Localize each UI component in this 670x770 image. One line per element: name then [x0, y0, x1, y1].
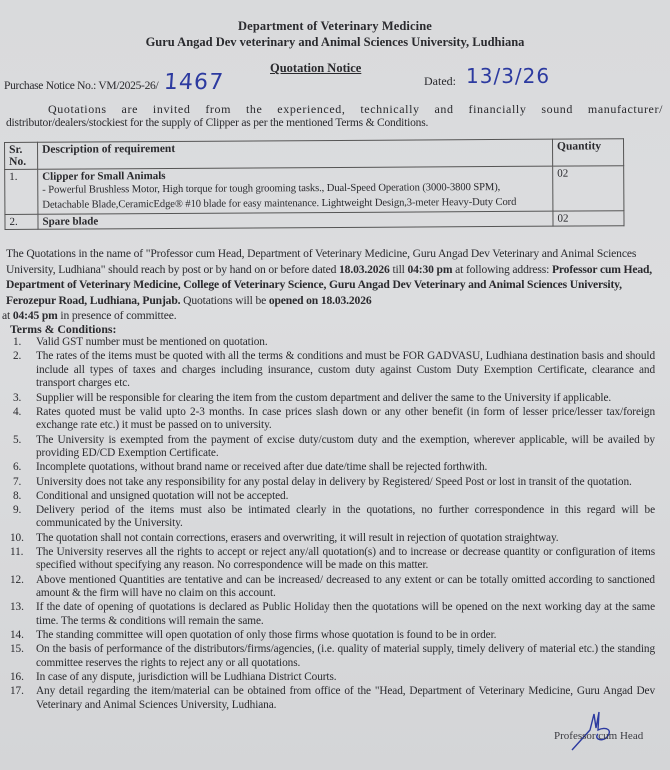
terms-heading: Terms & Conditions: — [10, 322, 116, 337]
term-number: 2. — [13, 350, 21, 364]
term-item: 13.If the date of opening of quotations … — [0, 601, 655, 628]
handwritten-notice-number: 1467 — [163, 70, 225, 95]
item-details: - Powerful Brushless Motor, High torque … — [42, 180, 548, 213]
deadline-time: 04:30 pm — [408, 263, 453, 276]
term-number: 13. — [10, 601, 24, 615]
signatory-title: Professor cum Head — [554, 730, 643, 742]
handwritten-date: 13/3/26 — [466, 64, 550, 88]
term-number: 16. — [10, 671, 24, 685]
term-number: 15. — [10, 643, 24, 657]
term-item: 5.The University is exempted from the pa… — [0, 434, 655, 461]
quotation-notice-document: Department of Veterinary Medicine Guru A… — [0, 0, 670, 770]
term-item: 12.Above mentioned Quantities are tentat… — [0, 574, 655, 601]
term-number: 12. — [10, 574, 24, 588]
term-text: If the date of opening of quotations is … — [36, 601, 655, 627]
term-item: 3.Supplier will be responsible for clear… — [0, 392, 655, 406]
term-text: Any detail regarding the item/material c… — [36, 685, 655, 711]
term-item: 9.Delivery period of the items must also… — [0, 504, 655, 531]
term-number: 7. — [13, 476, 21, 490]
term-item: 8.Conditional and unsigned quotation wil… — [0, 490, 655, 504]
term-number: 6. — [13, 461, 21, 475]
table-row: 2. Spare blade 02 — [5, 211, 624, 230]
table-header-row: Sr. No. Description of requirement Quant… — [5, 139, 624, 170]
term-text: In case of any dispute, jurisdiction wil… — [36, 671, 336, 683]
term-number: 5. — [13, 434, 21, 448]
term-number: 10. — [10, 532, 24, 546]
row-description: Clipper for Small Animals - Powerful Bru… — [38, 166, 553, 214]
row-sr: 2. — [5, 214, 38, 229]
term-text: Above mentioned Quantities are tentative… — [36, 574, 655, 600]
term-item: 11.The University reserves all the right… — [0, 546, 655, 573]
header-sr-no: Sr. No. — [5, 142, 38, 169]
dated-label: Dated: — [424, 74, 456, 89]
term-text: On the basis of performance of the distr… — [36, 643, 655, 669]
term-number: 14. — [10, 629, 24, 643]
header-description: Description of requirement — [38, 139, 553, 169]
term-item: 10.The quotation shall not contain corre… — [0, 532, 655, 546]
term-text: University does not take any responsibil… — [36, 476, 632, 488]
submission-text: in presence of committee. — [58, 309, 177, 322]
term-item: 7.University does not take any responsib… — [0, 476, 655, 490]
row-sr: 1. — [5, 169, 38, 214]
submission-text: Quotations will be — [180, 294, 268, 307]
term-item: 15.On the basis of performance of the di… — [0, 643, 655, 670]
term-item: 17.Any detail regarding the item/materia… — [0, 685, 655, 712]
term-number: 11. — [10, 546, 23, 560]
submission-text: at following address: — [452, 263, 552, 276]
term-number: 9. — [13, 504, 21, 518]
term-item: 6.Incomplete quotations, without brand n… — [0, 461, 655, 475]
intro-item: Clipper — [206, 117, 239, 129]
term-text: The University is exempted from the paym… — [36, 434, 655, 460]
term-item: 14.The standing committee will open quot… — [0, 629, 655, 643]
table-row: 1. Clipper for Small Animals - Powerful … — [5, 166, 624, 215]
term-text: Valid GST number must be mentioned on qu… — [36, 336, 268, 348]
term-item: 2.The rates of the items must be quoted … — [0, 350, 655, 391]
opening-date: opened on 18.03.2026 — [269, 294, 372, 307]
term-item: 4.Rates quoted must be valid upto 2-3 mo… — [0, 406, 655, 433]
row-description: Spare blade — [38, 211, 553, 229]
terms-list: 1.Valid GST number must be mentioned on … — [0, 336, 655, 713]
term-item: 1.Valid GST number must be mentioned on … — [0, 336, 655, 350]
term-number: 8. — [13, 490, 21, 504]
term-number: 3. — [13, 392, 21, 406]
item-name: Spare blade — [42, 213, 548, 228]
purchase-notice-label: Purchase Notice No.: VM/2025-26/ — [4, 80, 158, 92]
intro-line-2: distributor/dealers/stockiest for the su… — [6, 117, 428, 129]
submission-text: till — [390, 263, 408, 276]
opening-time: 04:45 pm — [13, 309, 58, 322]
department-heading: Department of Veterinary Medicine — [0, 19, 670, 34]
header-quantity: Quantity — [552, 139, 623, 166]
term-text: Conditional and unsigned quotation will … — [36, 490, 288, 502]
term-item: 16.In case of any dispute, jurisdiction … — [0, 671, 655, 685]
university-heading: Guru Angad Dev veterinary and Animal Sci… — [0, 35, 670, 50]
submission-text: at — [2, 309, 13, 322]
term-text: Incomplete quotations, without brand nam… — [36, 461, 487, 473]
term-number: 17. — [10, 685, 24, 699]
deadline-date: 18.03.2026 — [339, 263, 390, 276]
row-quantity: 02 — [553, 166, 624, 211]
term-text: The University reserves all the rights t… — [36, 546, 655, 572]
intro-text: distributor/dealers/stockiest for the su… — [6, 117, 206, 129]
term-number: 1. — [13, 336, 21, 350]
term-text: Delivery period of the items must also b… — [36, 504, 655, 530]
row-quantity: 02 — [553, 211, 624, 226]
requirements-table: Sr. No. Description of requirement Quant… — [4, 138, 625, 230]
term-text: The quotation shall not contain correcti… — [36, 532, 559, 544]
term-text: Rates quoted must be valid upto 2-3 mont… — [36, 406, 655, 432]
term-text: Supplier will be responsible for clearin… — [36, 392, 611, 404]
intro-text: as per the mentioned Terms & Conditions. — [239, 117, 428, 129]
document-title: Quotation Notice — [270, 61, 361, 76]
term-text: The standing committee will open quotati… — [36, 629, 496, 641]
submission-paragraph: The Quotations in the name of "Professor… — [6, 246, 656, 324]
term-text: The rates of the items must be quoted wi… — [36, 350, 655, 389]
term-number: 4. — [13, 406, 21, 420]
intro-line-1: Quotations are invited from the experien… — [48, 102, 663, 117]
